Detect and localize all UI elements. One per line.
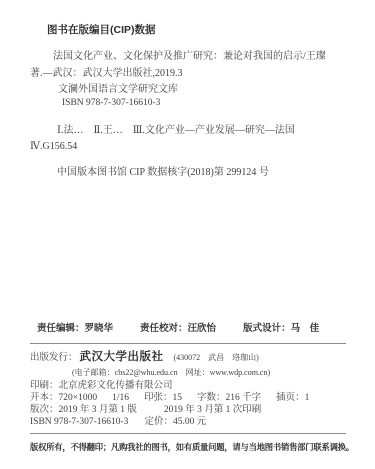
format-sheets: 印张：15 bbox=[144, 393, 182, 404]
book-copyright-page: 图书在版编目(CIP)数据 法国文化产业、文化保护及推广研究：兼论对我国的启示/… bbox=[0, 0, 375, 469]
responsible-proofreader-label: 责任校对： bbox=[140, 324, 188, 334]
cip-record-number: 中国版本图书馆 CIP 数据核字(2018)第 299124 号 bbox=[57, 167, 269, 179]
layout-designer: 版式设计：马 佳 bbox=[243, 324, 319, 335]
format-size: 开本：720×1000 bbox=[30, 393, 97, 404]
publisher-label: 出版发行： bbox=[30, 353, 78, 364]
publisher-row: 出版发行： 武汉大学出版社 (430072 武昌 珞珈山) bbox=[30, 351, 259, 364]
layout-designer-label: 版式设计： bbox=[243, 324, 291, 334]
publisher-name: 武汉大学出版社 bbox=[80, 351, 164, 364]
divider-bottom bbox=[30, 433, 346, 434]
format-fraction: 1/16 bbox=[112, 393, 129, 404]
copyright-notice: 版权所有，不得翻印；凡购我社的图书，如有质量问题，请与当地图书销售部门联系调换。 bbox=[30, 443, 354, 453]
printer-row: 印刷：北京虎彩文化传播有限公司 bbox=[30, 381, 173, 392]
colophon-isbn: ISBN 978-7-307-16610-3 bbox=[30, 417, 128, 428]
format-inserts: 插页：1 bbox=[276, 393, 309, 404]
divider-top bbox=[30, 343, 346, 344]
format-wordcount: 字数：216 千字 bbox=[197, 393, 261, 404]
staff-credits-row: 责任编辑：罗晓华 责任校对：汪欣怡 版式设计：马 佳 bbox=[37, 324, 319, 335]
price: 定价：45.00 元 bbox=[144, 417, 206, 428]
responsible-editor-label: 责任编辑： bbox=[37, 324, 85, 334]
edition-statement: 版次：2019 年 3 月第 1 版 bbox=[30, 405, 137, 416]
cip-classification-number: Ⅳ.G156.54 bbox=[30, 141, 77, 153]
responsible-proofreader-name: 汪欣怡 bbox=[188, 324, 217, 334]
printing-statement: 2019 年 3 月第 1 次印刷 bbox=[164, 405, 261, 416]
responsible-editor-name: 罗晓华 bbox=[85, 324, 114, 334]
cip-header: 图书在版编目(CIP)数据 bbox=[47, 24, 156, 36]
isbn-price-row: ISBN 978-7-307-16610-3 定价：45.00 元 bbox=[30, 417, 206, 428]
layout-designer-name: 马 佳 bbox=[291, 324, 320, 334]
cip-subject-tracings: Ⅰ.法… Ⅱ.王… Ⅲ.文化产业—产业发展—研究—法国 bbox=[57, 125, 295, 137]
format-row: 开本：720×1000 1/16 印张：15 字数：216 千字 插页：1 bbox=[30, 393, 309, 404]
edition-row: 版次：2019 年 3 月第 1 版 2019 年 3 月第 1 次印刷 bbox=[30, 405, 261, 416]
cip-isbn: ISBN 978-7-307-16610-3 bbox=[62, 98, 160, 109]
publisher-location: (430072 武昌 珞珈山) bbox=[174, 353, 259, 362]
cip-title-statement: 法国文化产业、文化保护及推广研究：兼论对我国的启示/王璨 bbox=[53, 51, 326, 63]
cip-imprint-statement: 著.—武汉：武汉大学出版社,2019.3 bbox=[30, 68, 183, 80]
responsible-proofreader: 责任校对：汪欣怡 bbox=[140, 324, 216, 335]
publisher-contact: (电子邮箱：cbs22@whu.edu.cn 网址：www.wdp.com.cn… bbox=[72, 368, 270, 377]
cip-series-title: 文澜外国语言文学研究文库 bbox=[58, 84, 178, 96]
responsible-editor: 责任编辑：罗晓华 bbox=[37, 324, 113, 335]
